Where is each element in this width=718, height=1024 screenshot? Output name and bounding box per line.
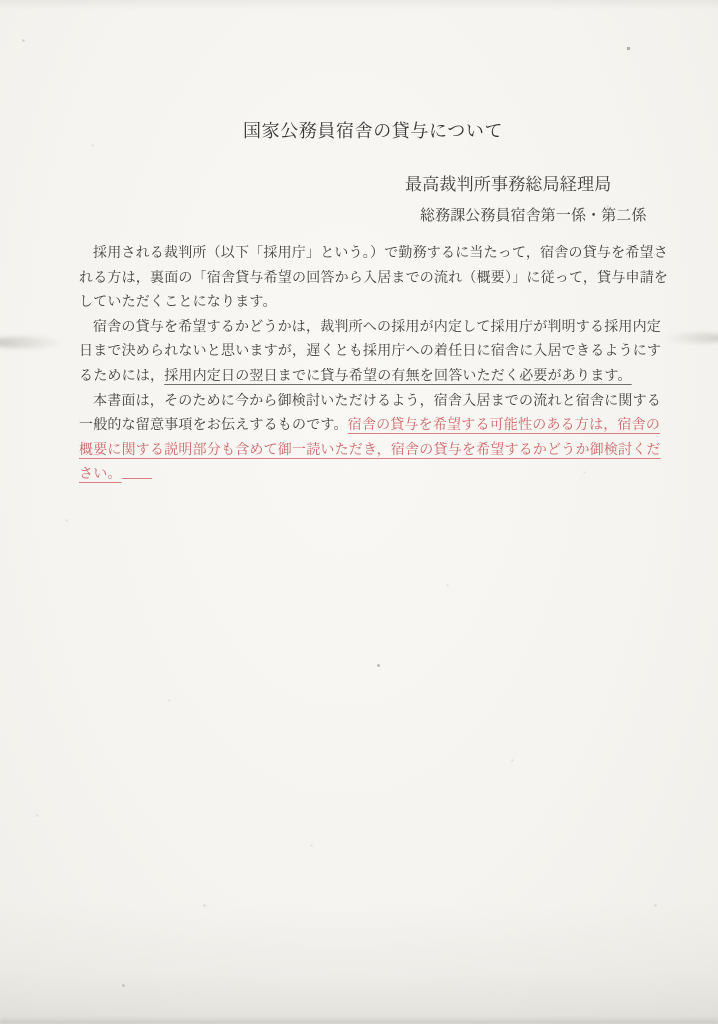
body-line: 日まで決められないと思いますが，遅くとも採用庁への着任日に宿舎に入居できるように…	[79, 338, 671, 363]
body-line: 採用される裁判所（以下「採用庁」という。）で勤務するに当たって，宿舎の貸与を希望…	[79, 240, 671, 265]
body-text-segment: 日まで決められないと思いますが，遅くとも採用庁への着任日に宿舎に入居できるように…	[79, 342, 661, 358]
body-line: 一般的な留意事項をお伝えするものです。宿舎の貸与を希望する可能性のある方は，宿舎…	[79, 412, 671, 437]
organization-section: 総務課公務員宿舎第一係・第二係	[420, 204, 647, 225]
underlined-text: 採用内定日の翌日までに貸与希望の有無を回答いただく必要があります。	[164, 367, 631, 383]
organization-name: 最高裁判所事務総局経理局	[405, 170, 611, 195]
body-text-segment: 宿舎の貸与を希望するかどうかは，裁判所への採用が内定して採用庁が判明する採用内定	[93, 318, 661, 334]
body-line: るためには，採用内定日の翌日までに貸与希望の有無を回答いただく必要があります。	[79, 363, 671, 388]
scanned-document-page: 国家公務員宿舎の貸与について 最高裁判所事務総局経理局 総務課公務員宿舎第一係・…	[0, 0, 718, 1024]
body-text-segment: るためには，	[79, 367, 164, 383]
scan-bottom-shadow	[0, 1017, 718, 1024]
body-text-segment: していただくことになります。	[79, 293, 277, 309]
red-emphasis-text: 概要に関する説明部分も含めて御一読いただき，宿舎の貸与を希望するかどうか御検討く…	[79, 441, 661, 457]
body-line: さい。	[79, 461, 671, 486]
body-text-segment: れる方は，裏面の「宿舎貸与希望の回答から入居までの流れ（概要）」に従って，貸与申…	[79, 269, 668, 285]
red-underline-tail	[122, 462, 152, 479]
red-emphasis-text: 宿舎の貸与を希望する可能性のある方は，宿舎の	[348, 416, 660, 432]
body-line: していただくことになります。	[79, 289, 671, 314]
body-text: 採用される裁判所（以下「採用庁」という。）で勤務するに当たって，宿舎の貸与を希望…	[79, 240, 671, 486]
scan-smudge-left	[0, 337, 64, 348]
body-line: れる方は，裏面の「宿舎貸与希望の回答から入居までの流れ（概要）」に従って，貸与申…	[79, 265, 671, 290]
body-line: 本書面は，そのために今から御検討いただけるよう，宿舎入居までの流れと宿舎に関する	[79, 388, 671, 413]
scan-smudge-right	[664, 333, 718, 343]
body-line: 宿舎の貸与を希望するかどうかは，裁判所への採用が内定して採用庁が判明する採用内定	[79, 314, 671, 339]
document-title: 国家公務員宿舎の貸与について	[243, 117, 503, 143]
body-text-segment: 本書面は，そのために今から御検討いただけるよう，宿舎入居までの流れと宿舎に関する	[93, 392, 661, 408]
body-text-segment: 採用される裁判所（以下「採用庁」という。）で勤務するに当たって，宿舎の貸与を希望…	[93, 244, 668, 260]
body-text-segment: 一般的な留意事項をお伝えするものです。	[79, 416, 348, 432]
body-line: 概要に関する説明部分も含めて御一読いただき，宿舎の貸与を希望するかどうか御検討く…	[79, 437, 671, 462]
red-emphasis-text: さい。	[79, 465, 122, 481]
scan-noise-speckles	[0, 0, 1, 1]
